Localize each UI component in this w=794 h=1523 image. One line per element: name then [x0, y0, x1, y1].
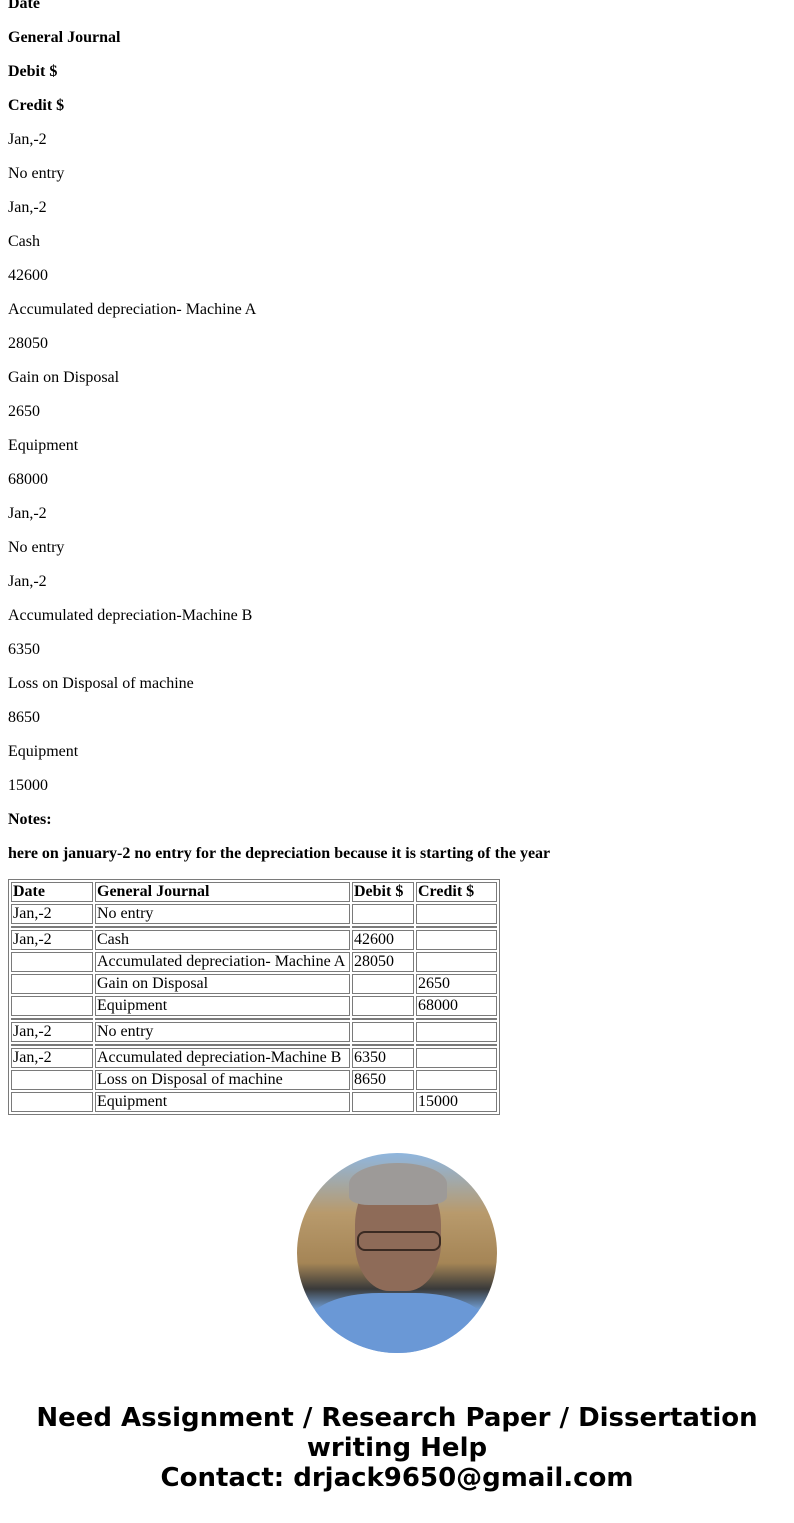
table-row: Jan,-2No entry	[11, 1022, 497, 1042]
cell-debit: 8650	[352, 1070, 414, 1090]
avatar-hair	[349, 1163, 447, 1205]
notes-text: here on january-2 no entry for the depre…	[8, 837, 786, 871]
text-lines: Jan,-2No entryJan,-2Cash42600Accumulated…	[8, 123, 786, 803]
cell-account: Cash	[95, 930, 350, 950]
cell-debit	[352, 1022, 414, 1042]
cell-credit	[416, 904, 497, 924]
spacer-cell	[95, 926, 350, 928]
cell-account: Loss on Disposal of machine	[95, 1070, 350, 1090]
text-line: 8650	[8, 701, 786, 735]
cell-account: Accumulated depreciation-Machine B	[95, 1048, 350, 1068]
cell-credit	[416, 1022, 497, 1042]
cell-account: Equipment	[95, 1092, 350, 1112]
text-line: 15000	[8, 769, 786, 803]
spacer-cell	[416, 1018, 497, 1020]
cell-credit: 15000	[416, 1092, 497, 1112]
text-line: 42600	[8, 259, 786, 293]
cell-debit: 28050	[352, 952, 414, 972]
spacer-cell	[352, 1018, 414, 1020]
text-line: Jan,-2	[8, 497, 786, 531]
text-line: Gain on Disposal	[8, 361, 786, 395]
table-row: Gain on Disposal2650	[11, 974, 497, 994]
notes-label: Notes:	[8, 803, 786, 837]
cell-credit	[416, 930, 497, 950]
cell-date: Jan,-2	[11, 1022, 93, 1042]
cell-debit	[352, 1092, 414, 1112]
cell-credit	[416, 1070, 497, 1090]
spacer-cell	[352, 926, 414, 928]
cell-date: Jan,-2	[11, 1048, 93, 1068]
table-header-row: Date General Journal Debit $ Credit $	[11, 882, 497, 902]
avatar-shirt	[307, 1293, 487, 1353]
header-general-journal: General Journal	[8, 21, 786, 55]
promo-line-2: writing Help	[0, 1433, 794, 1463]
table-row: Loss on Disposal of machine8650	[11, 1070, 497, 1090]
spacer-cell	[11, 1018, 93, 1020]
table-row: Accumulated depreciation- Machine A28050	[11, 952, 497, 972]
spacer-cell	[95, 1018, 350, 1020]
col-date: Date	[11, 882, 93, 902]
col-credit: Credit $	[416, 882, 497, 902]
spacer-row	[11, 1018, 497, 1020]
text-line: 28050	[8, 327, 786, 361]
cell-credit: 2650	[416, 974, 497, 994]
text-line: Jan,-2	[8, 191, 786, 225]
table-row: Jan,-2Accumulated depreciation-Machine B…	[11, 1048, 497, 1068]
text-line: Jan,-2	[8, 565, 786, 599]
author-avatar	[297, 1153, 497, 1353]
text-line: Accumulated depreciation-Machine B	[8, 599, 786, 633]
cell-account: No entry	[95, 1022, 350, 1042]
cell-date	[11, 952, 93, 972]
text-line: Equipment	[8, 429, 786, 463]
text-line: Accumulated depreciation- Machine A	[8, 293, 786, 327]
promo-banner: Need Assignment / Research Paper / Disse…	[0, 1403, 794, 1493]
spacer-cell	[416, 926, 497, 928]
spacer-cell	[11, 1044, 93, 1046]
cell-date: Jan,-2	[11, 930, 93, 950]
cell-credit: 68000	[416, 996, 497, 1016]
table-body: Jan,-2No entryJan,-2Cash42600Accumulated…	[11, 904, 497, 1112]
cell-debit	[352, 996, 414, 1016]
table-row: Jan,-2No entry	[11, 904, 497, 924]
text-line: Equipment	[8, 735, 786, 769]
text-line: No entry	[8, 157, 786, 191]
text-line: Cash	[8, 225, 786, 259]
text-line: No entry	[8, 531, 786, 565]
cell-debit: 6350	[352, 1048, 414, 1068]
journal-text-list: Date General Journal Debit $ Credit $ Ja…	[8, 0, 786, 871]
text-line: 6350	[8, 633, 786, 667]
spacer-cell	[95, 1044, 350, 1046]
cell-debit	[352, 904, 414, 924]
header-debit: Debit $	[8, 55, 786, 89]
cell-date: Jan,-2	[11, 904, 93, 924]
promo-line-1: Need Assignment / Research Paper / Disse…	[0, 1403, 794, 1433]
table-row: Equipment68000	[11, 996, 497, 1016]
header-credit: Credit $	[8, 89, 786, 123]
table-row: Jan,-2Cash42600	[11, 930, 497, 950]
cell-account: Gain on Disposal	[95, 974, 350, 994]
cell-account: Accumulated depreciation- Machine A	[95, 952, 350, 972]
table-row: Equipment15000	[11, 1092, 497, 1112]
spacer-row	[11, 1044, 497, 1046]
cell-date	[11, 1070, 93, 1090]
promo-line-3: Contact: drjack9650@gmail.com	[0, 1463, 794, 1493]
cell-account: Equipment	[95, 996, 350, 1016]
spacer-cell	[416, 1044, 497, 1046]
text-line: 2650	[8, 395, 786, 429]
cell-date	[11, 996, 93, 1016]
cell-date	[11, 1092, 93, 1112]
journal-table: Date General Journal Debit $ Credit $ Ja…	[8, 879, 500, 1115]
header-date: Date	[8, 0, 786, 21]
spacer-cell	[352, 1044, 414, 1046]
cell-credit	[416, 952, 497, 972]
spacer-cell	[11, 926, 93, 928]
col-general-journal: General Journal	[95, 882, 350, 902]
text-line: Jan,-2	[8, 123, 786, 157]
cell-date	[11, 974, 93, 994]
cell-debit: 42600	[352, 930, 414, 950]
avatar-glasses-icon	[357, 1231, 441, 1251]
cell-debit	[352, 974, 414, 994]
text-line: 68000	[8, 463, 786, 497]
spacer-row	[11, 926, 497, 928]
cell-credit	[416, 1048, 497, 1068]
text-line: Loss on Disposal of machine	[8, 667, 786, 701]
col-debit: Debit $	[352, 882, 414, 902]
cell-account: No entry	[95, 904, 350, 924]
